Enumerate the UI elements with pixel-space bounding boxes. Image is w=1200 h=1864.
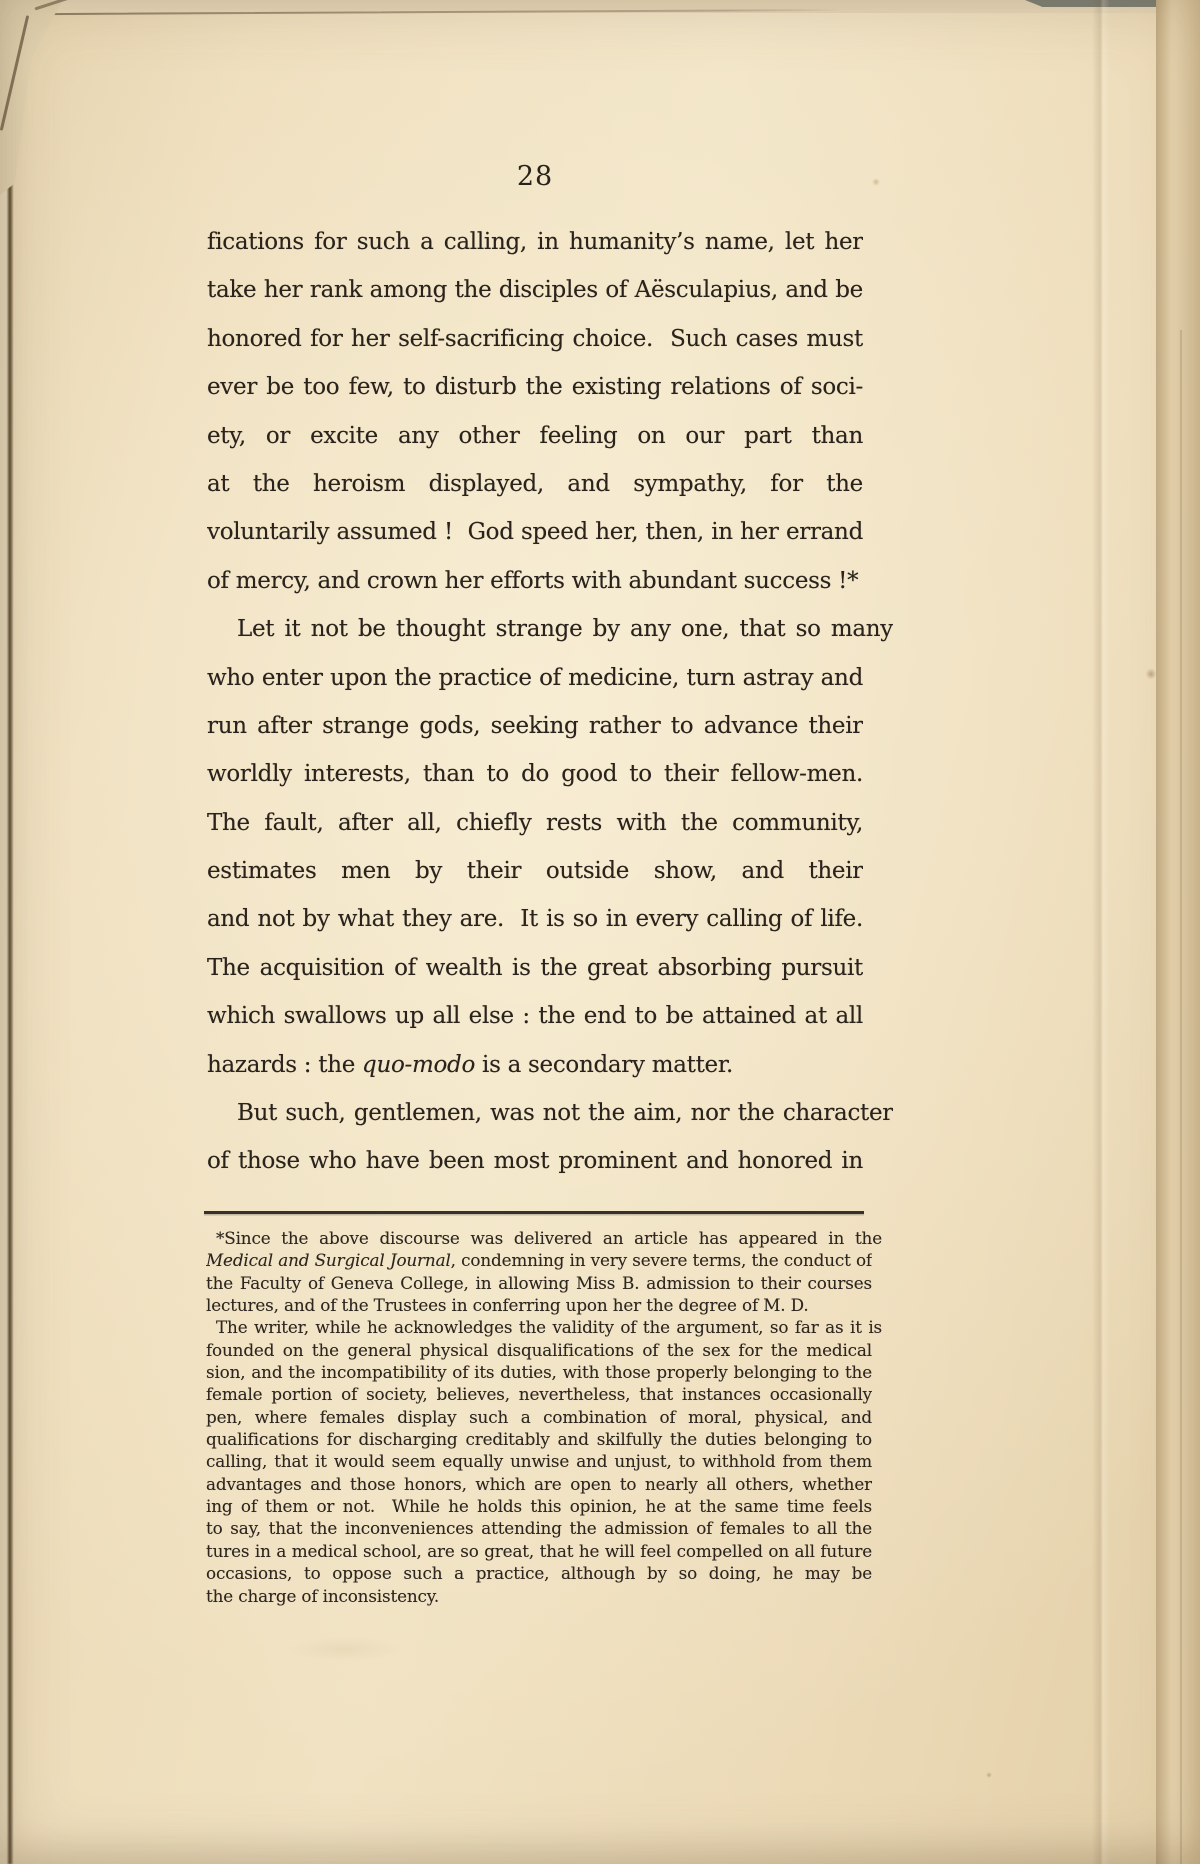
paragraph: *Since the above discourse was delivered… [206,1227,872,1316]
text-line: who enter upon the practice of medicine,… [207,654,863,702]
page-right-edge [1156,0,1200,1864]
text-line: worldly interests, than to do good to th… [207,750,863,798]
text-line: calling, that it would seem equally unwi… [206,1450,872,1472]
text-line: fications for such a calling, in humanit… [207,218,863,266]
text-line: to say, that the inconveniences attendin… [206,1517,872,1539]
text-line: of mercy, and crown her efforts with abu… [207,557,863,605]
paper-stain [286,1636,406,1662]
text-line: pen, where females display such a combin… [206,1406,872,1428]
text-line: sion, and the incompatibility of its dut… [206,1361,872,1383]
text-line: the Faculty of Geneva College, in allowi… [206,1272,872,1294]
page-right-edge-line [1180,330,1182,1864]
footnote-divider [204,1211,864,1214]
text-line: Medical and Surgical Journal, condemning… [206,1249,872,1271]
text-line: honored for her self-sacrificing choice.… [207,315,863,363]
text-line: But such, gentlemen, was not the aim, no… [207,1089,893,1137]
text-line: advantages and those honors, which are o… [206,1473,872,1495]
text-line: which swallows up all else : the end to … [207,992,863,1040]
binding-edge [7,0,13,1864]
paper-stain [872,178,880,186]
text-line: qualifications for discharging creditabl… [206,1428,872,1450]
text-line: and not by what they are. It is so in ev… [207,895,863,943]
text-line: female portion of society, believes, nev… [206,1383,872,1405]
footnote-block: *Since the above discourse was delivered… [206,1227,872,1607]
paper-stain [986,1772,992,1778]
paragraph: fications for such a calling, in humanit… [207,218,863,605]
paragraph: But such, gentlemen, was not the aim, no… [207,1089,863,1186]
paper-crease [1092,0,1110,1864]
book-page-scan: 28 fications for such a calling, in huma… [0,0,1200,1864]
text-line: the charge of inconsistency. [206,1585,872,1607]
text-line: of those who have been most prominent an… [207,1137,863,1185]
text-line: *Since the above discourse was delivered… [206,1227,882,1249]
paragraph: The writer, while he acknowledges the va… [206,1316,872,1606]
text-line: Let it not be thought strange by any one… [207,605,893,653]
torn-corner [0,0,92,195]
text-line: run after strange gods, seeking rather t… [207,702,863,750]
text-line: founded on the general physical disquali… [206,1339,872,1361]
text-line: occasions, to oppose such a practice, al… [206,1562,872,1584]
text-line: ever be too few, to disturb the existing… [207,363,863,411]
text-line: ing of them or not. While he holds this … [206,1495,872,1517]
text-line: take her rank among the disciples of Aës… [207,266,863,314]
text-line: The writer, while he acknowledges the va… [206,1316,882,1338]
text-line: The acquisition of wealth is the great a… [207,944,863,992]
text-line: tures in a medical school, are so great,… [206,1540,872,1562]
text-line: hazards : the quo-modo is a secondary ma… [207,1041,863,1089]
text-line: estimates men by their outside show, and… [207,847,863,895]
text-line: voluntarily assumed ! God speed her, the… [207,508,863,556]
paragraph: Let it not be thought strange by any one… [207,605,863,1089]
text-line: The fault, after all, chiefly rests with… [207,799,863,847]
text-line: ety, or excite any other feeling on our … [207,412,863,460]
text-line: lectures, and of the Trustees in conferr… [206,1294,872,1316]
text-line: at the heroism displayed, and sympathy, … [207,460,863,508]
under-page-left-edge [0,0,7,1864]
page-number: 28 [207,161,863,192]
main-text-block: fications for such a calling, in humanit… [207,218,863,1186]
paper-stain [1146,668,1156,680]
